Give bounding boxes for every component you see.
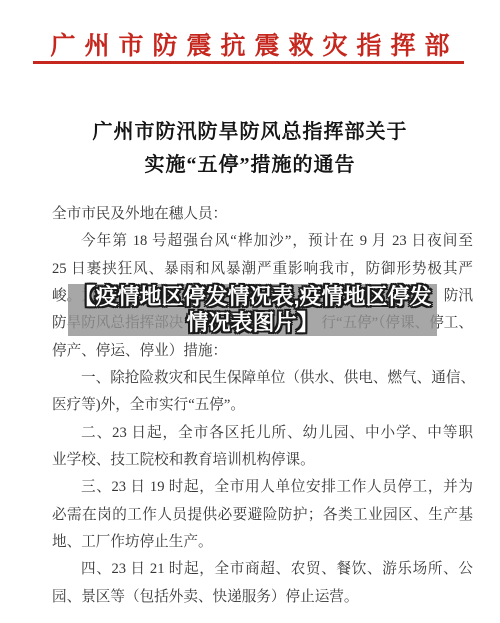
document-page: 广州市防震抗震救灾指挥部 广州市防汛防旱防风总指挥部关于 实施“五停”措施的通告… xyxy=(0,0,500,623)
body-line: 必需在岗的工作人员提供必要避险防护；各类工业园区、生产基 xyxy=(52,502,473,529)
watermark-overlay: 【疫情地区停发情况表,疫情地区停发 情况表图片】 xyxy=(68,284,437,336)
doc-title-line-2: 实施“五停”措施的通告 xyxy=(0,149,500,182)
body-line: 园、景区等（包括外卖、快递服务）停止运营。 xyxy=(52,584,473,611)
body-line: 医疗等)外，全市实行“五停”。 xyxy=(52,392,473,419)
letterhead-red-rule xyxy=(33,61,464,64)
body-line: 地、工厂作坊停止生产。 xyxy=(52,529,473,556)
body-line-salutation: 全市市民及外地在穗人员： xyxy=(52,201,473,228)
body-line-item-3: 三、23 日 19 时起，全市用人单位安排工作人员停工，并为 xyxy=(52,474,473,501)
body-line-fragment-right: 防汛 xyxy=(444,283,473,310)
body-line: 25 日裹挟狂风、暴雨和风暴潮严重影响我市，防御形势极其严 xyxy=(52,256,473,283)
letterhead-org-title: 广州市防震抗震救灾指挥部 xyxy=(0,26,500,62)
doc-body: 全市市民及外地在穗人员： 今年第 18 号超强台风“桦加沙”，预计在 9 月 2… xyxy=(52,201,473,611)
doc-title: 广州市防汛防旱防风总指挥部关于 实施“五停”措施的通告 xyxy=(0,116,500,182)
watermark-text-line-1: 【疫情地区停发情况表,疫情地区停发 xyxy=(73,284,431,310)
body-line-item-2: 二、23 日起，全市各区托儿所、幼儿园、中小学、中等职 xyxy=(52,420,473,447)
body-line-item-1: 一、除抢险救灾和民生保障单位（供水、供电、燃气、通信、 xyxy=(52,365,473,392)
body-line: 业学校、技工院校和教育培训机构停课。 xyxy=(52,447,473,474)
watermark-text-line-2: 情况表图片】 xyxy=(186,310,318,336)
doc-title-line-1: 广州市防汛防旱防风总指挥部关于 xyxy=(0,116,500,149)
body-line-item-4: 四、23 日 21 时起，全市商超、农贸、餐饮、游乐场所、公 xyxy=(52,556,473,583)
body-line: 今年第 18 号超强台风“桦加沙”，预计在 9 月 23 日夜间至 xyxy=(52,228,473,255)
body-line: 停产、停运、停业）措施： xyxy=(52,338,473,365)
